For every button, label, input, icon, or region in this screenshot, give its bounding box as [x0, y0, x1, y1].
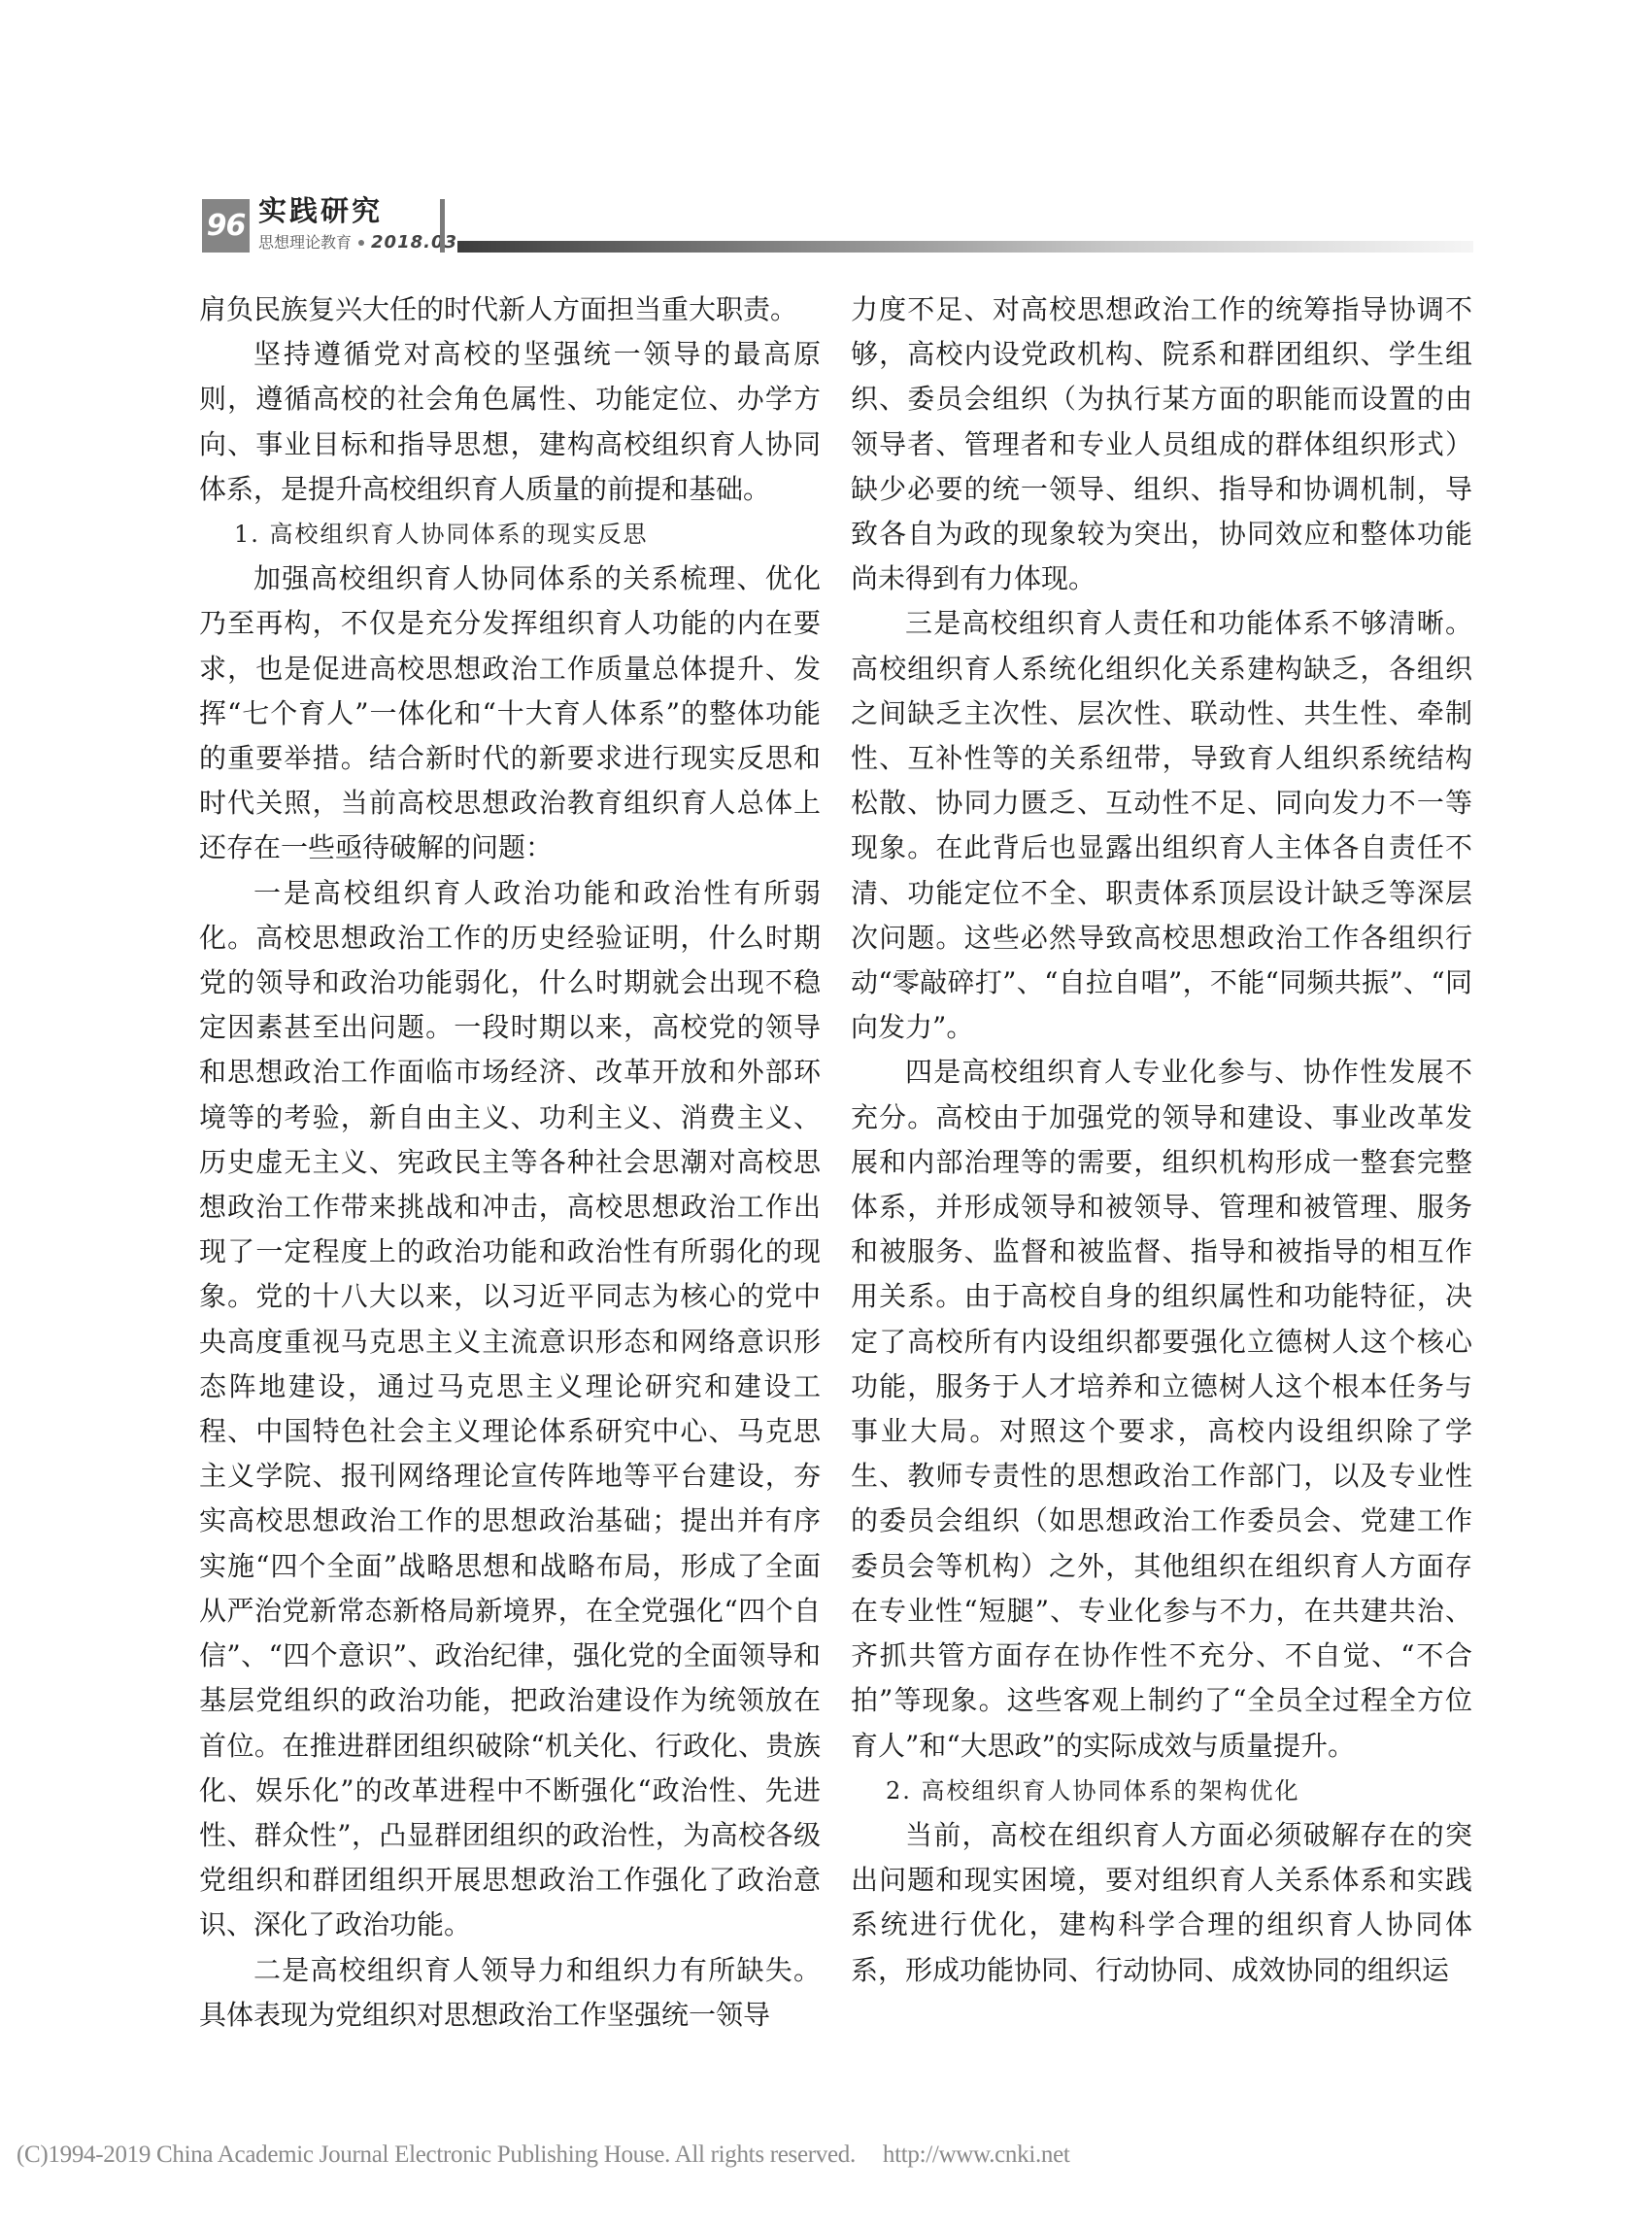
bullet-dot-icon [358, 240, 364, 246]
paragraph: 三是高校组织育人责任和功能体系不够清晰。高校组织育人系统化组织化关系建构缺乏，各… [851, 601, 1472, 1050]
paragraph: 力度不足、对高校思想政治工作的统筹指导协调不够，高校内设党政机构、院系和群团组织… [851, 287, 1472, 601]
section-title: 实践研究 [258, 194, 383, 227]
header-gradient-rule [457, 241, 1473, 253]
paragraph: 肩负民族复兴大任的时代新人方面担当重大职责。 [199, 287, 821, 332]
right-column: 力度不足、对高校思想政治工作的统筹指导协调不够，高校内设党政机构、院系和群团组织… [851, 287, 1472, 1993]
journal-name: 思想理论教育 [258, 233, 352, 252]
header-divider [440, 199, 445, 253]
page-number: 96 [202, 199, 250, 253]
paragraph: 坚持遵循党对高校的坚强统一领导的最高原则，遵循高校的社会角色属性、功能定位、办学… [199, 332, 821, 512]
section-heading: 1. 高校组织育人协同体系的现实反思 [199, 512, 821, 556]
paragraph: 当前，高校在组织育人方面必须破解存在的突出问题和现实困境，要对组织育人关系体系和… [851, 1813, 1472, 1993]
copyright-footer: (C)1994-2019 China Academic Journal Elec… [17, 2142, 1070, 2169]
copyright-text: (C)1994-2019 China Academic Journal Elec… [17, 2142, 856, 2168]
left-column: 肩负民族复兴大任的时代新人方面担当重大职责。 坚持遵循党对高校的坚强统一领导的最… [199, 287, 821, 2038]
paragraph: 四是高校组织育人专业化参与、协作性发展不充分。高校由于加强党的领导和建设、事业改… [851, 1050, 1472, 1768]
section-heading: 2. 高校组织育人协同体系的架构优化 [851, 1769, 1472, 1813]
paragraph: 加强高校组织育人协同体系的关系梳理、优化乃至再构，不仅是充分发挥组织育人功能的内… [199, 556, 821, 870]
paragraph: 二是高校组织育人领导力和组织力有所缺失。具体表现为党组织对思想政治工作坚强统一领… [199, 1948, 821, 2038]
footer-url: http://www.cnki.net [883, 2142, 1070, 2168]
paragraph: 一是高校组织育人政治功能和政治性有所弱化。高校思想政治工作的历史经验证明，什么时… [199, 871, 821, 1948]
journal-issue-line: 思想理论教育2018.03 [258, 233, 457, 253]
